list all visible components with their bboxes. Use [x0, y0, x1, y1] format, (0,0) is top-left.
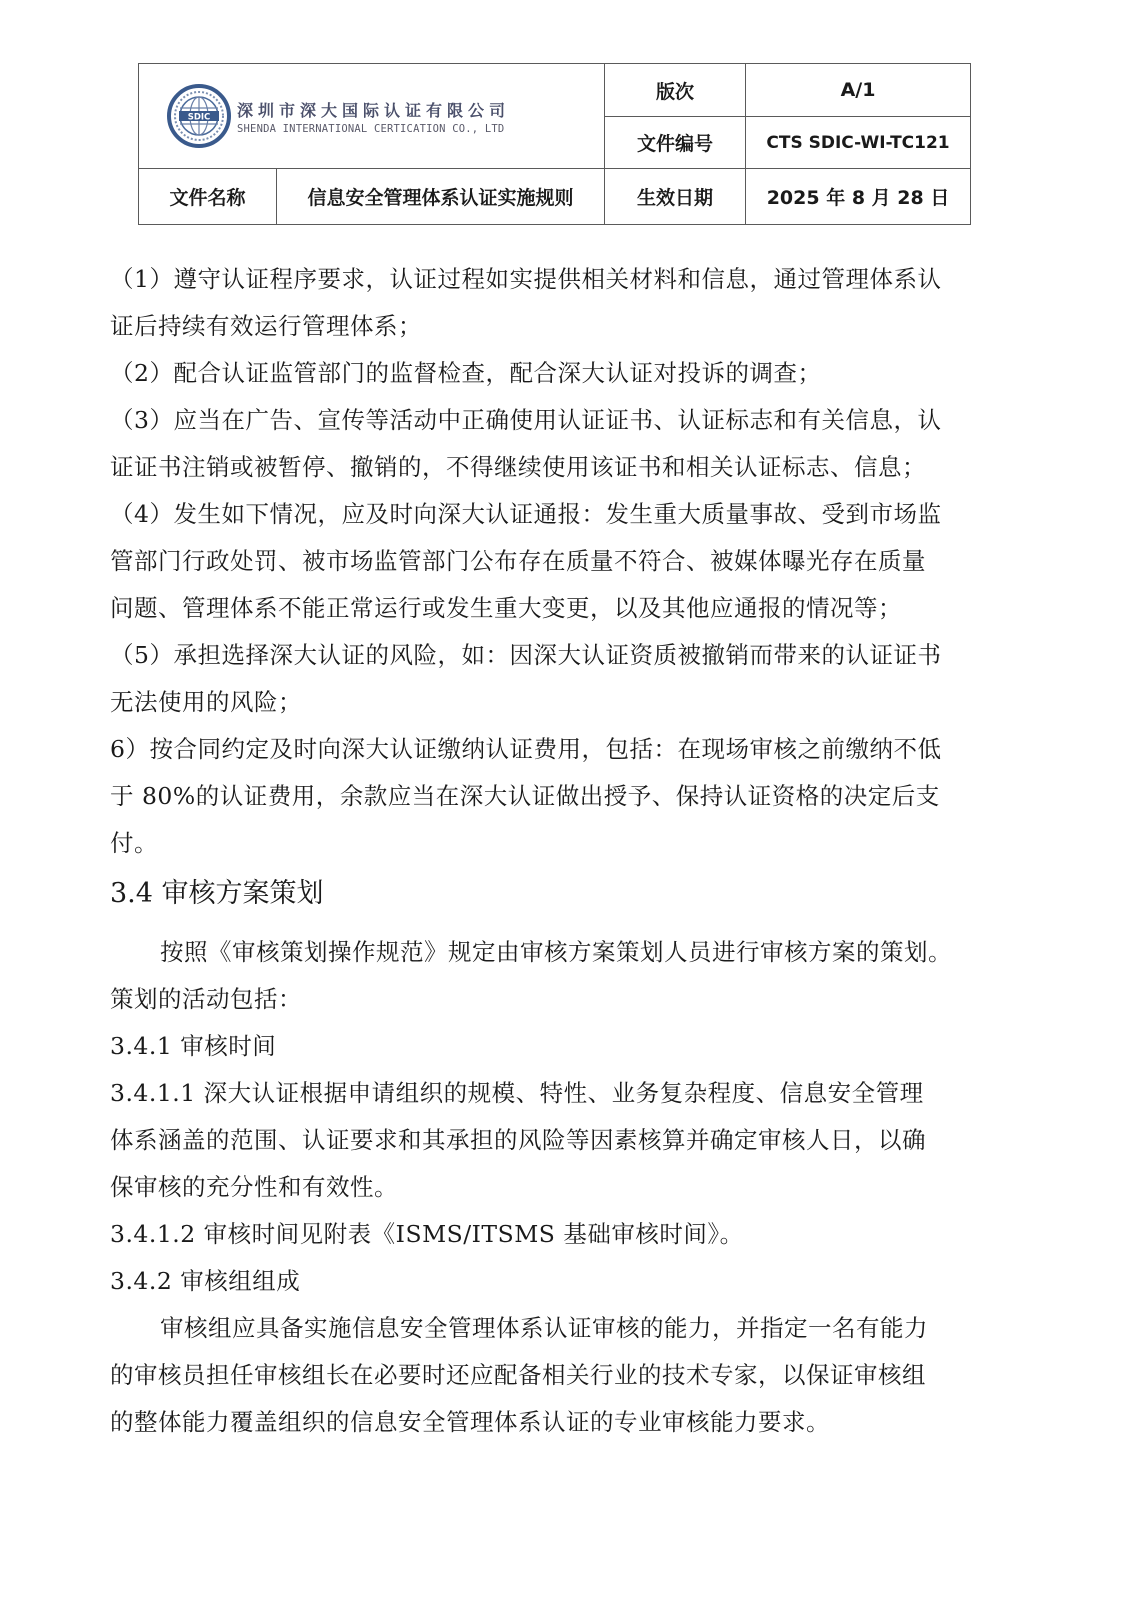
document-body: （1）遵守认证程序要求，认证过程如实提供相关材料和信息，通过管理体系认 证后持续… — [110, 256, 1000, 1446]
paragraph-line: 于 80%的认证费用，余款应当在深大认证做出授予、保持认证资格的决定后支 — [110, 773, 1000, 820]
sdic-globe-logo-icon: SDIC — [167, 84, 231, 148]
company-name-en: SHENDA INTERNATIONAL CERTICATION CO., LT… — [237, 123, 510, 135]
version-label: 版次 — [605, 64, 746, 117]
version-value: A/1 — [746, 64, 971, 117]
paragraph-line: 的整体能力覆盖组织的信息安全管理体系认证的专业审核能力要求。 — [110, 1399, 1000, 1446]
svg-text:SDIC: SDIC — [188, 113, 211, 123]
company-logo-cell: SDIC 深圳市深大国际认证有限公司 SHENDA INTERNATIONAL … — [139, 64, 605, 169]
paragraph-line: 按照《审核策划操作规范》规定由审核方案策划人员进行审核方案的策划。 — [110, 929, 1000, 976]
paragraph-line: 3.4.1.1 深大认证根据申请组织的规模、特性、业务复杂程度、信息安全管理 — [110, 1070, 1000, 1117]
doc-number-value: CTS SDIC-WI-TC121 — [746, 117, 971, 169]
effective-date-label: 生效日期 — [605, 169, 746, 225]
document-header-table: SDIC 深圳市深大国际认证有限公司 SHENDA INTERNATIONAL … — [138, 63, 971, 225]
company-name-cn: 深圳市深大国际认证有限公司 — [237, 98, 510, 121]
doc-name-value: 信息安全管理体系认证实施规则 — [277, 169, 605, 225]
paragraph-line: （5）承担选择深大认证的风险，如：因深大认证资质被撤销而带来的认证证书 — [110, 632, 1000, 679]
paragraph-line: 证证书注销或被暂停、撤销的，不得继续使用该证书和相关认证标志、信息； — [110, 444, 1000, 491]
paragraph-line: 证后持续有效运行管理体系； — [110, 303, 1000, 350]
paragraph-line: （2）配合认证监管部门的监督检查，配合深大认证对投诉的调查； — [110, 350, 1000, 397]
subsection-heading: 3.4.1 审核时间 — [110, 1023, 1000, 1070]
paragraph-line: 问题、管理体系不能正常运行或发生重大变更，以及其他应通报的情况等； — [110, 585, 1000, 632]
doc-number-label: 文件编号 — [605, 117, 746, 169]
paragraph-line: 付。 — [110, 820, 1000, 867]
subsection-heading: 3.4.2 审核组组成 — [110, 1258, 1000, 1305]
paragraph-line: 保审核的充分性和有效性。 — [110, 1164, 1000, 1211]
paragraph-line: （3）应当在广告、宣传等活动中正确使用认证证书、认证标志和有关信息，认 — [110, 397, 1000, 444]
paragraph-line: 策划的活动包括： — [110, 976, 1000, 1023]
paragraph-line: 6）按合同约定及时向深大认证缴纳认证费用，包括：在现场审核之前缴纳不低 — [110, 726, 1000, 773]
effective-date-value: 2025 年 8 月 28 日 — [746, 169, 971, 225]
paragraph-line: 审核组应具备实施信息安全管理体系认证审核的能力，并指定一名有能力 — [110, 1305, 1000, 1352]
paragraph-line: 管部门行政处罚、被市场监管部门公布存在质量不符合、被媒体曝光存在质量 — [110, 538, 1000, 585]
section-heading: 3.4 审核方案策划 — [110, 867, 1000, 929]
paragraph-line: （4）发生如下情况，应及时向深大认证通报：发生重大质量事故、受到市场监 — [110, 491, 1000, 538]
doc-name-label: 文件名称 — [139, 169, 277, 225]
paragraph-line: 无法使用的风险； — [110, 679, 1000, 726]
paragraph-line: （1）遵守认证程序要求，认证过程如实提供相关材料和信息，通过管理体系认 — [110, 256, 1000, 303]
paragraph-line: 体系涵盖的范围、认证要求和其承担的风险等因素核算并确定审核人日，以确 — [110, 1117, 1000, 1164]
paragraph-line: 3.4.1.2 审核时间见附表《ISMS/ITSMS 基础审核时间》。 — [110, 1211, 1000, 1258]
paragraph-line: 的审核员担任审核组长在必要时还应配备相关行业的技术专家，以保证审核组 — [110, 1352, 1000, 1399]
